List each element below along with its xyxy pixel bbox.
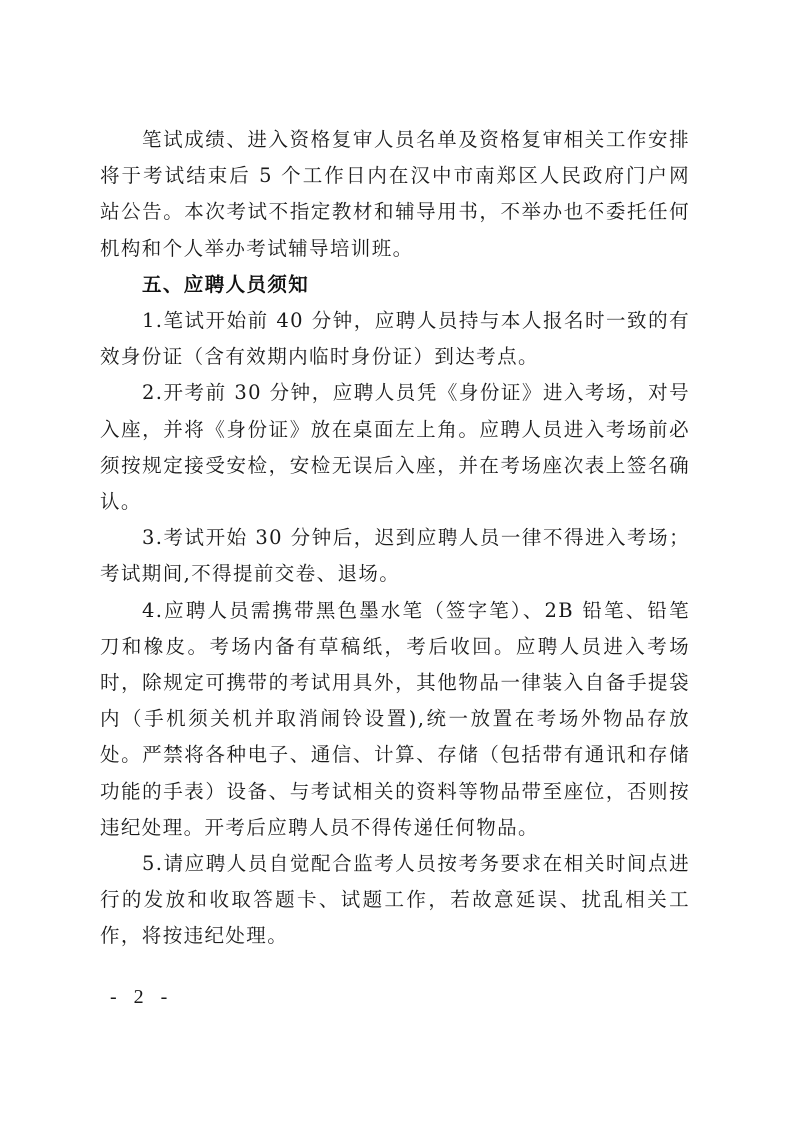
document-page: 笔试成绩、进入资格复审人员名单及资格复审相关工作安排将于考试结束后 5 个工作日… <box>100 122 690 955</box>
paragraph-results-announcement: 笔试成绩、进入资格复审人员名单及资格复审相关工作安排将于考试结束后 5 个工作日… <box>100 122 690 267</box>
notice-item-2: 2.开考前 30 分钟，应聘人员凭《身份证》进入考场，对号入座，并将《身份证》放… <box>100 375 690 520</box>
notice-item-5: 5.请应聘人员自觉配合监考人员按考务要求在相关时间点进行的发放和收取答题卡、试题… <box>100 846 690 955</box>
page-number: - 2 - <box>110 986 173 1009</box>
notice-item-4: 4.应聘人员需携带黑色墨水笔（签字笔）、2B 铅笔、铅笔刀和橡皮。考场内备有草稿… <box>100 593 690 846</box>
notice-item-3: 3.考试开始 30 分钟后，迟到应聘人员一律不得进入考场；考试期间,不得提前交卷… <box>100 520 690 592</box>
section-heading-applicant-notice: 五、应聘人员须知 <box>100 267 690 303</box>
notice-item-1: 1.笔试开始前 40 分钟，应聘人员持与本人报名时一致的有效身份证（含有效期内临… <box>100 303 690 375</box>
